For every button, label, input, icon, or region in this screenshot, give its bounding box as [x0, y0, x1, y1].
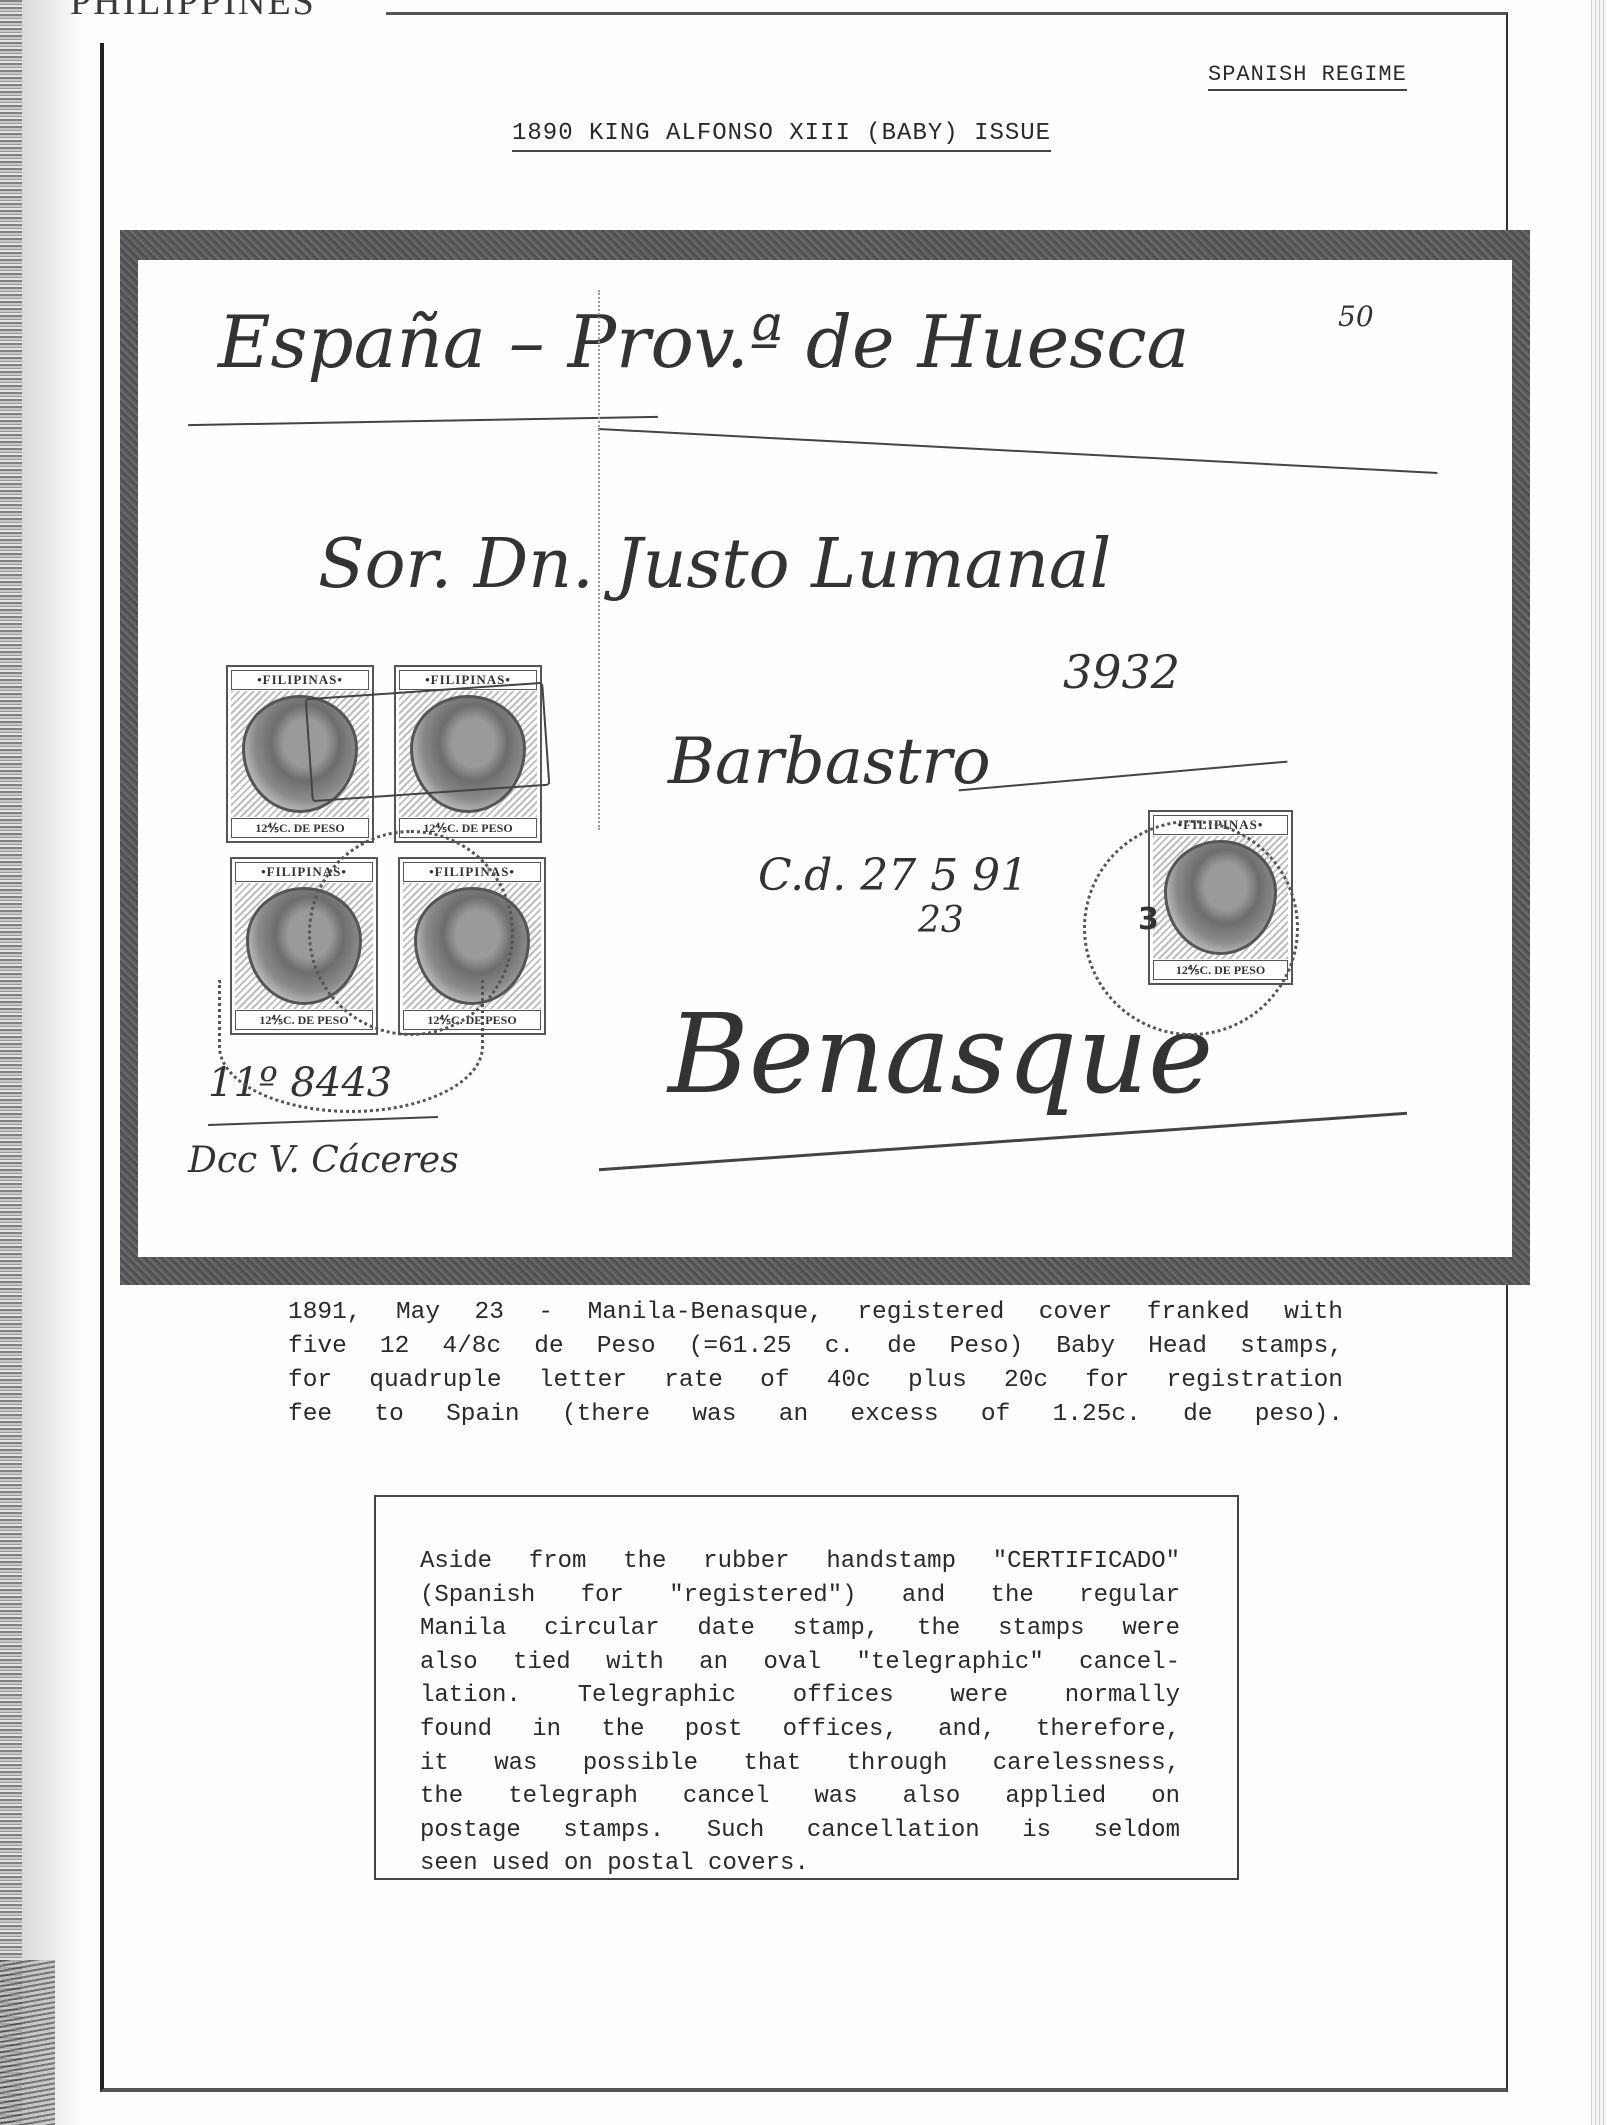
- cancel-fragment: 3: [1138, 902, 1159, 937]
- cover-caption: 1891, May 23 - Manila-Benasque, register…: [288, 1296, 1343, 1432]
- sender-note: Dcc V. Cáceres: [188, 1140, 459, 1181]
- underline: [188, 416, 658, 426]
- underline: [208, 1116, 438, 1126]
- circular-date-stamp: [218, 980, 484, 1113]
- caption-line: for quadruple letter rate of 40c plus 20…: [288, 1364, 1343, 1398]
- rate-note: 50: [1338, 300, 1374, 333]
- note-line: Manila circular date stamp, the stamps w…: [420, 1612, 1180, 1646]
- note-line: seen used on postal covers.: [420, 1847, 1180, 1881]
- underline: [959, 761, 1288, 792]
- address-line-day: 23: [918, 900, 964, 941]
- caption-line: fee to Spain (there was an excess of 1.2…: [288, 1398, 1343, 1432]
- note-line: it was possible that through carelessnes…: [420, 1747, 1180, 1781]
- binding-edge: [0, 0, 22, 2125]
- section-label: SPANISH REGIME: [1208, 62, 1407, 91]
- caption-line: 1891, May 23 - Manila-Benasque, register…: [288, 1296, 1343, 1330]
- address-line-district: Barbastro: [668, 725, 991, 799]
- address-line-addressee: Sor. Dn. Justo Lumanal: [318, 525, 1111, 604]
- note-line: postage stamps. Such cancellation is sel…: [420, 1814, 1180, 1848]
- note-line: (Spanish for "registered") and the regul…: [420, 1579, 1180, 1613]
- issue-title: 1890 KING ALFONSO XIII (BABY) ISSUE: [512, 120, 1051, 152]
- underline: [599, 428, 1438, 474]
- note-line: found in the post offices, and, therefor…: [420, 1713, 1180, 1747]
- note-line: lation. Telegraphic offices were normall…: [420, 1679, 1180, 1713]
- note-line: the telegraph cancel was also applied on: [420, 1780, 1180, 1814]
- telegraph-cancel: [305, 682, 551, 802]
- note-line: Aside from the rubber handstamp "CERTIFI…: [420, 1545, 1180, 1579]
- fold-line: [598, 290, 600, 830]
- binding-corner: [0, 1960, 55, 2125]
- caption-line: five 12 4/8c de Peso (=61.25 c. de Peso)…: [288, 1330, 1343, 1364]
- address-number: 3932: [1063, 645, 1180, 699]
- postal-cover-image: España – Prov.ª de Huesca 50 Sor. Dn. Ju…: [120, 230, 1530, 1285]
- page-stack-edge: [1591, 0, 1607, 2125]
- underline: [599, 1112, 1407, 1171]
- stamp-value-label: 12⅘C. DE PESO: [231, 818, 369, 838]
- country-header: PHILIPPINES: [70, 0, 316, 24]
- note-text: Aside from the rubber handstamp "CERTIFI…: [420, 1545, 1180, 1881]
- stamp-country-label: •FILIPINAS•: [231, 670, 369, 690]
- envelope: España – Prov.ª de Huesca 50 Sor. Dn. Ju…: [138, 260, 1512, 1257]
- address-line-country: España – Prov.ª de Huesca: [218, 300, 1189, 384]
- note-line: also tied with an oval "telegraphic" can…: [420, 1646, 1180, 1680]
- circular-date-stamp: [1083, 820, 1299, 1036]
- address-line-date: C.d. 27 5 91: [758, 850, 1028, 901]
- binding-shadow: [22, 0, 82, 2125]
